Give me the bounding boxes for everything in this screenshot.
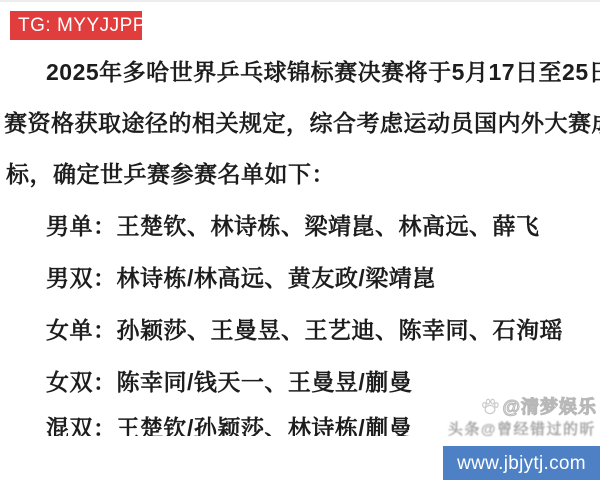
- roster-line-womens-doubles: 女双：陈幸同/钱天一、王曼昱/蒯曼: [46, 364, 412, 397]
- roster-line-mens-singles: 男单：王楚钦、林诗栋、梁靖崑、林高远、薛飞: [46, 208, 540, 241]
- creator-watermark: @清梦娱乐: [481, 393, 597, 419]
- post-image: TG: MYYJJPP 2025年多哈世界乒乓球锦标赛决赛将于5月17日至25日…: [0, 0, 600, 480]
- baidu-paw-icon: [481, 398, 499, 415]
- article-line: 2025年多哈世界乒乓球锦标赛决赛将于5月17日至25日: [46, 54, 600, 87]
- roster-line-womens-singles: 女单：孙颖莎、王曼昱、王艺迪、陈幸同、石洵瑶: [46, 312, 563, 345]
- telegram-badge: TG: MYYJJPP: [10, 11, 142, 40]
- creator-watermark-text: @清梦娱乐: [502, 393, 597, 419]
- roster-line-mens-doubles: 男双：林诗栋/林高远、黄友政/梁靖崑: [46, 260, 436, 293]
- secondary-watermark: 头条@曾经错过的昕: [448, 418, 596, 439]
- website-url-text: www.jbjytj.com: [457, 453, 586, 475]
- website-url-badge: www.jbjytj.com: [443, 446, 600, 480]
- article-line: 标，确定世乒赛参赛名单如下：: [6, 156, 335, 189]
- article-line: 赛资格获取途径的相关规定，综合考虑运动员国内外大赛成: [4, 105, 600, 138]
